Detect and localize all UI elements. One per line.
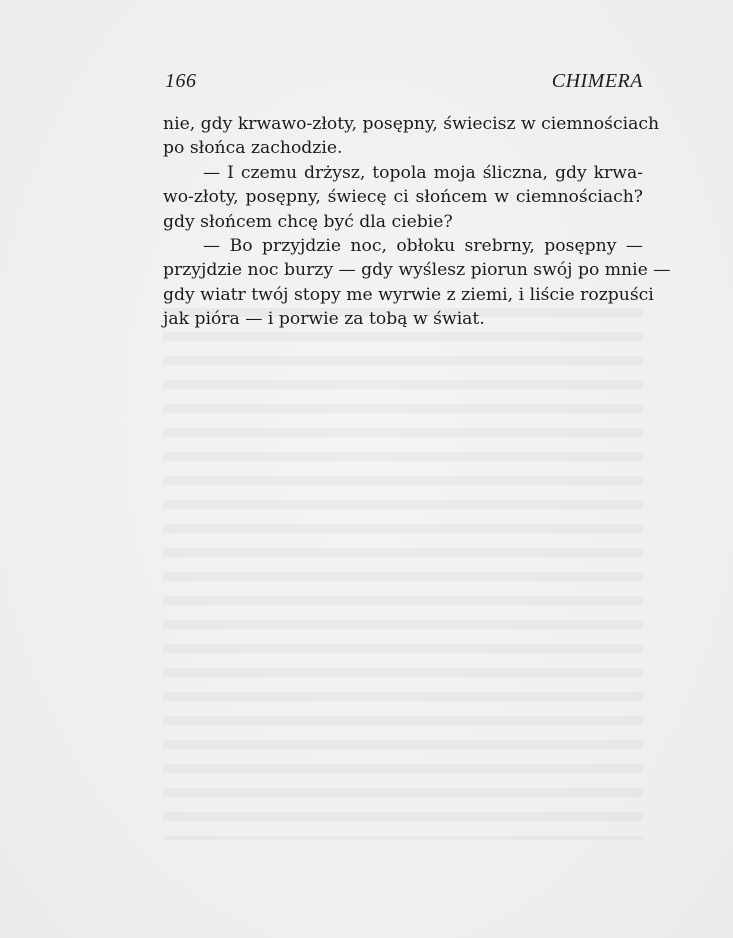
page-number: 166 bbox=[165, 70, 197, 93]
text-line: wo-złoty, posępny, świecę ci słońcem w c… bbox=[163, 185, 643, 209]
text-line: gdy wiatr twój stopy me wyrwie z ziemi, … bbox=[163, 283, 643, 307]
text-line: nie, gdy krwawo-złoty, posępny, świecisz… bbox=[163, 112, 643, 136]
text-line: przyjdzie noc burzy — gdy wyślesz piorun… bbox=[163, 258, 643, 282]
body-text: nie, gdy krwawo-złoty, posępny, świecisz… bbox=[163, 112, 643, 332]
text-line: gdy słońcem chcę być dla ciebie? bbox=[163, 210, 643, 234]
text-line: — Bo przyjdzie noc, obłoku srebrny, posę… bbox=[163, 234, 643, 258]
reverse-side-show-through bbox=[163, 300, 643, 840]
text-line: — I czemu drżysz, topola moja śliczna, g… bbox=[163, 161, 643, 185]
text-line: po słońca zachodzie. bbox=[163, 136, 643, 160]
book-page: 166 CHIMERA nie, gdy krwawo-złoty, posęp… bbox=[0, 0, 733, 938]
paragraph: nie, gdy krwawo-złoty, posępny, świecisz… bbox=[163, 112, 643, 161]
running-head: 166 CHIMERA bbox=[163, 70, 643, 98]
paragraph: — Bo przyjdzie noc, obłoku srebrny, posę… bbox=[163, 234, 643, 332]
paragraph: — I czemu drżysz, topola moja śliczna, g… bbox=[163, 161, 643, 234]
running-title: CHIMERA bbox=[552, 70, 643, 93]
text-line: jak pióra — i porwie za tobą w świat. bbox=[163, 307, 643, 331]
